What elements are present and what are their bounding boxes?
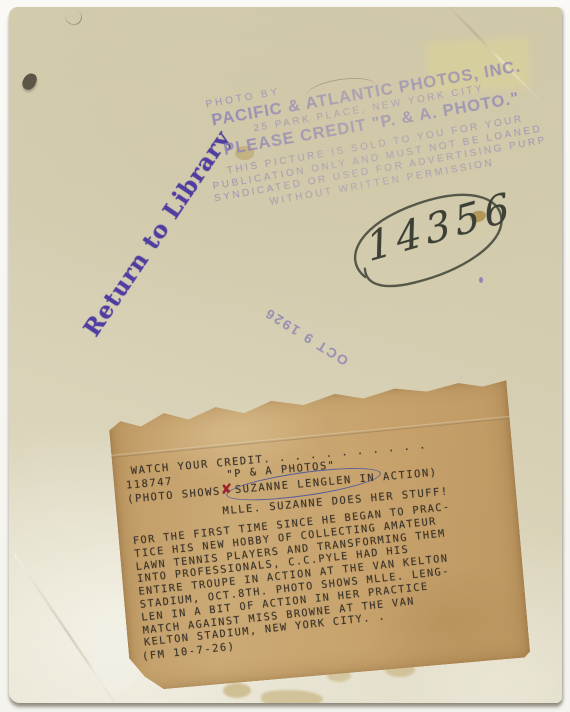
red-x-annotation: ✘ bbox=[220, 481, 235, 498]
scanned-photo-back: Return to Library PHOTO BY PACIFIC & ATL… bbox=[0, 0, 570, 712]
ink-dot bbox=[479, 277, 483, 283]
ink-blot-stain bbox=[20, 71, 38, 91]
handwritten-catalog-number-group: 14356 bbox=[333, 175, 518, 302]
caption-slip-text: WATCH YOUR CREDIT. . . . . . . . . . . 1… bbox=[124, 432, 522, 664]
bottom-stain bbox=[261, 690, 323, 703]
photograph-verso: Return to Library PHOTO BY PACIFIC & ATL… bbox=[9, 7, 562, 703]
date-received-stamp: OCT 9 1926 bbox=[250, 298, 362, 376]
caption-slip: WATCH YOUR CREDIT. . . . . . . . . . . 1… bbox=[107, 376, 530, 692]
bottom-stain bbox=[223, 683, 251, 698]
pencil-scribble-mark bbox=[62, 7, 85, 28]
return-to-library-stamp: Return to Library bbox=[79, 136, 230, 342]
